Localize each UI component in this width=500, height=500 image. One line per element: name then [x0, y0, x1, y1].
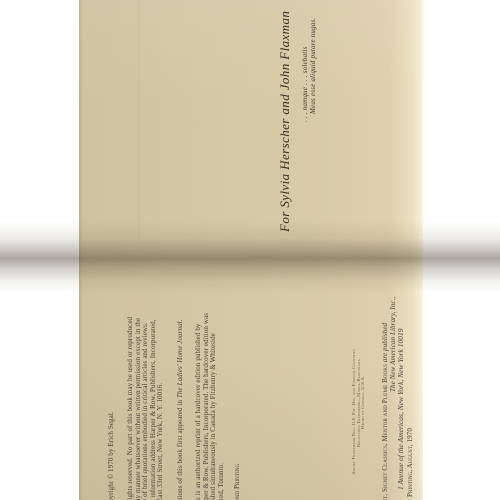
- reprint-line-3: ished simultaneously in Canada by Fitzhe…: [209, 333, 217, 500]
- journal-notice-prefix: rtions of this book first appeared in: [176, 398, 184, 500]
- dedication-line: For Sylvia Herscher and John Flaxman: [277, 11, 293, 232]
- journal-notice-line: rtions of this book first appeared in Th…: [176, 319, 184, 500]
- publisher-imprints-names: et, Signet Classics, Mentor and Plume Bo…: [381, 362, 389, 500]
- gutter-shadow: [0, 221, 500, 293]
- epigraph-line-2: Meas esse aliquid putare nugas.: [309, 18, 317, 114]
- reprint-line-4: ited, Toronto.: [217, 463, 225, 500]
- rights-line-3: e of brief quotations embodied in critic…: [141, 322, 149, 500]
- publisher-address-line: 1 Avenue of the Americas, New York, New …: [397, 329, 405, 490]
- publisher-imprints-italic: are published: [381, 323, 389, 362]
- epigraph-line-1: . . . namque . . . solebatis: [301, 47, 309, 122]
- publisher-imprints-line: et, Signet Classics, Mentor and Plume Bo…: [381, 323, 389, 500]
- rights-line-1: rights reserved. No part of this book ma…: [126, 317, 134, 500]
- book-scan: For Sylvia Herscher and John Flaxman . .…: [0, 0, 500, 500]
- page-crease: [138, 0, 140, 240]
- trademark-line-3: Hecho en Chicago, U.S.A.: [360, 376, 365, 429]
- journal-title: The Ladies' Home Journal.: [176, 319, 184, 398]
- first-printing-notice: t Printing, August, 1970: [406, 428, 414, 500]
- reprint-line-1: is is an authorized reprint of a hardcov…: [194, 323, 202, 500]
- copyright-line: pyright © 1970 by Erich Segal.: [107, 411, 115, 500]
- rights-line-5: East 33rd Street, New York, N. Y. 10016.: [156, 383, 164, 500]
- second-printing-notice: ond Printing: [233, 464, 241, 500]
